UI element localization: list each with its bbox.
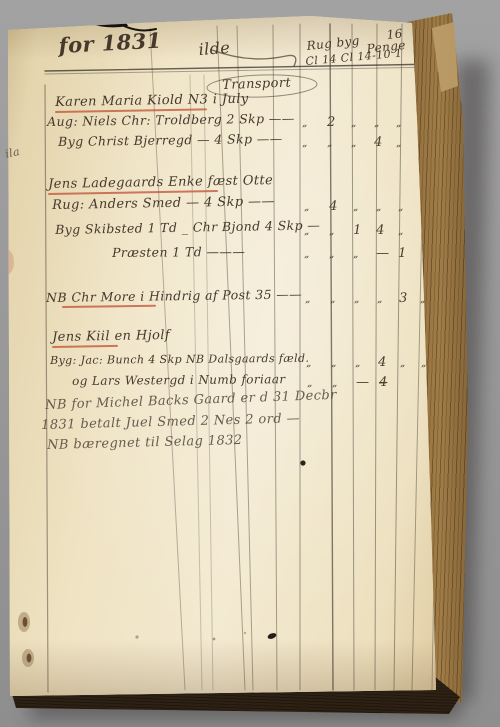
photo-of-ledger-page: for 1831 ilde Rug byg 16 Penge Cl 14 Cl … [0, 0, 500, 727]
